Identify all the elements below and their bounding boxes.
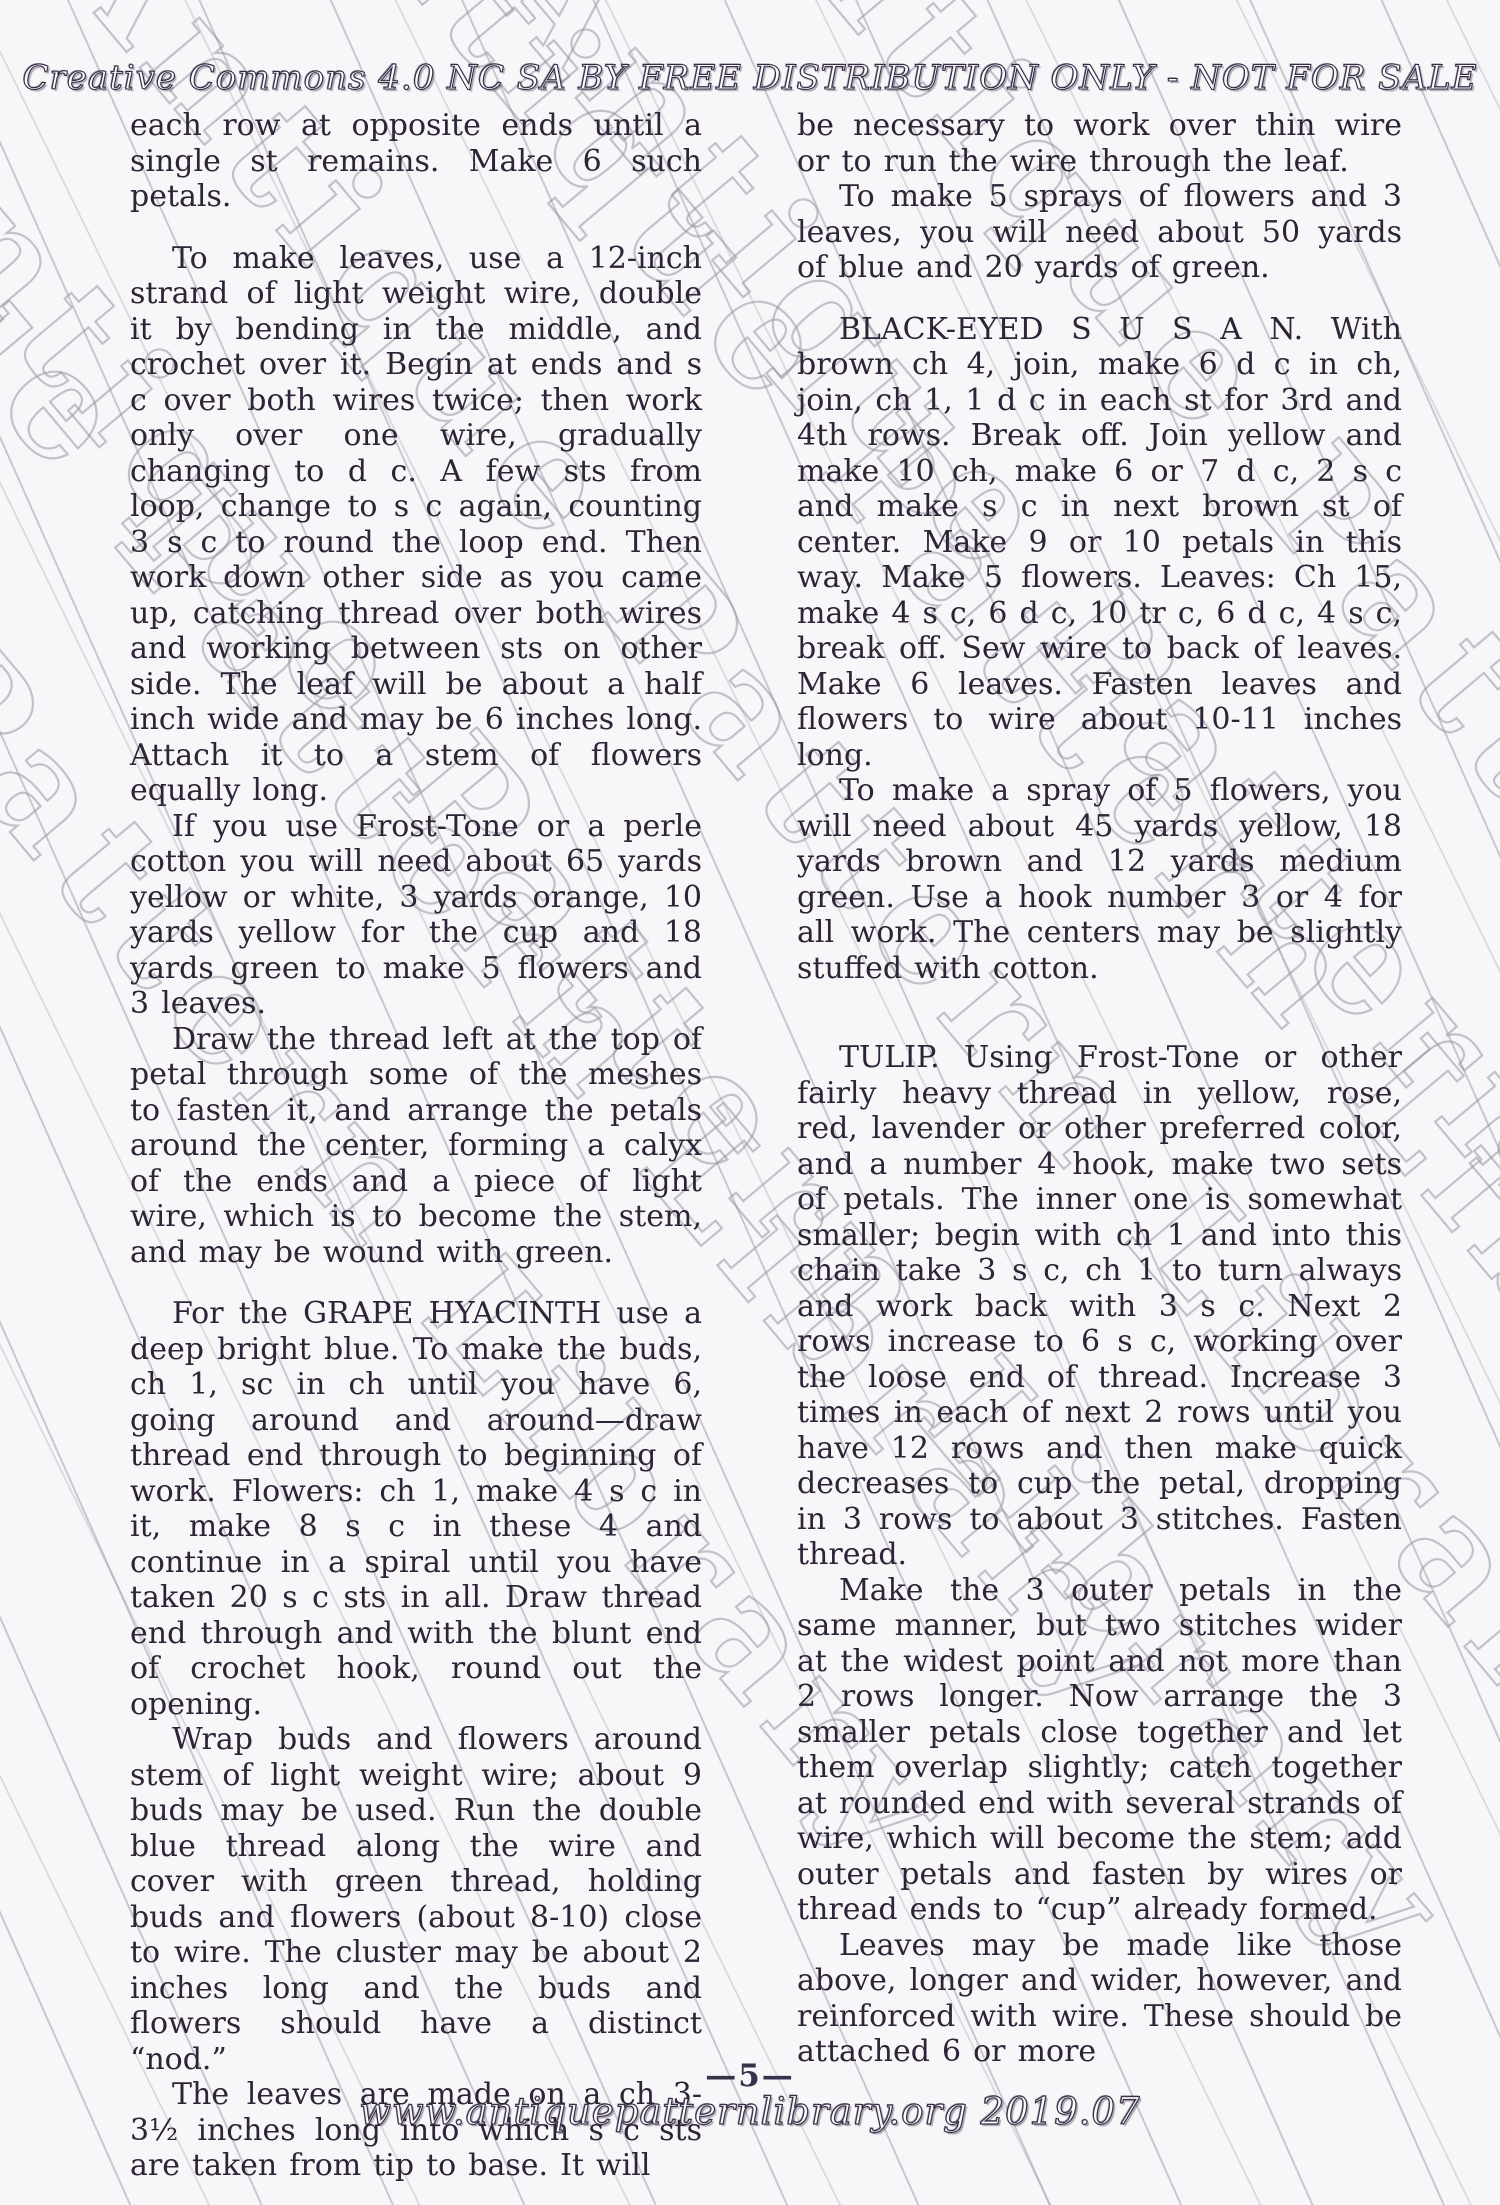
paragraph: TULIP. Using Frost-Tone or other fairly … bbox=[797, 1040, 1402, 1573]
right-column: be necessary to work over thin wire or t… bbox=[797, 108, 1402, 2184]
paragraph: Leaves may be made like those above, lon… bbox=[797, 1928, 1402, 2070]
scanned-page: Creative Commons 4.0 NC SA BY FREE DISTR… bbox=[0, 0, 1500, 2205]
paragraph: each row at opposite ends until a single… bbox=[130, 108, 702, 215]
paragraph: Make the 3 outer petals in the same mann… bbox=[797, 1573, 1402, 1928]
license-header: Creative Commons 4.0 NC SA BY FREE DISTR… bbox=[0, 58, 1500, 98]
page-number: —5— bbox=[0, 2058, 1500, 2094]
paragraph: be necessary to work over thin wire or t… bbox=[797, 108, 1402, 179]
paragraph: To make a spray of 5 flowers, you will n… bbox=[797, 773, 1402, 986]
footer-credit: www.antiquepatternlibrary.org 2019.07 bbox=[0, 2090, 1500, 2133]
paragraph: To make 5 sprays of flowers and 3 leaves… bbox=[797, 179, 1402, 286]
paragraph: BLACK-EYED S U S A N. With brown ch 4, j… bbox=[797, 312, 1402, 774]
paragraph: Wrap buds and flowers around stem of lig… bbox=[130, 1722, 702, 2077]
paragraph: To make leaves, use a 12-inch strand of … bbox=[130, 241, 702, 809]
paragraph: Draw the thread left at the top of petal… bbox=[130, 1022, 702, 1271]
left-column: each row at opposite ends until a single… bbox=[130, 108, 702, 2184]
text-columns: each row at opposite ends until a single… bbox=[130, 108, 1402, 2184]
paragraph: If you use Frost-Tone or a perle cotton … bbox=[130, 809, 702, 1022]
paragraph: For the GRAPE HYACINTH use a deep bright… bbox=[130, 1296, 702, 1722]
